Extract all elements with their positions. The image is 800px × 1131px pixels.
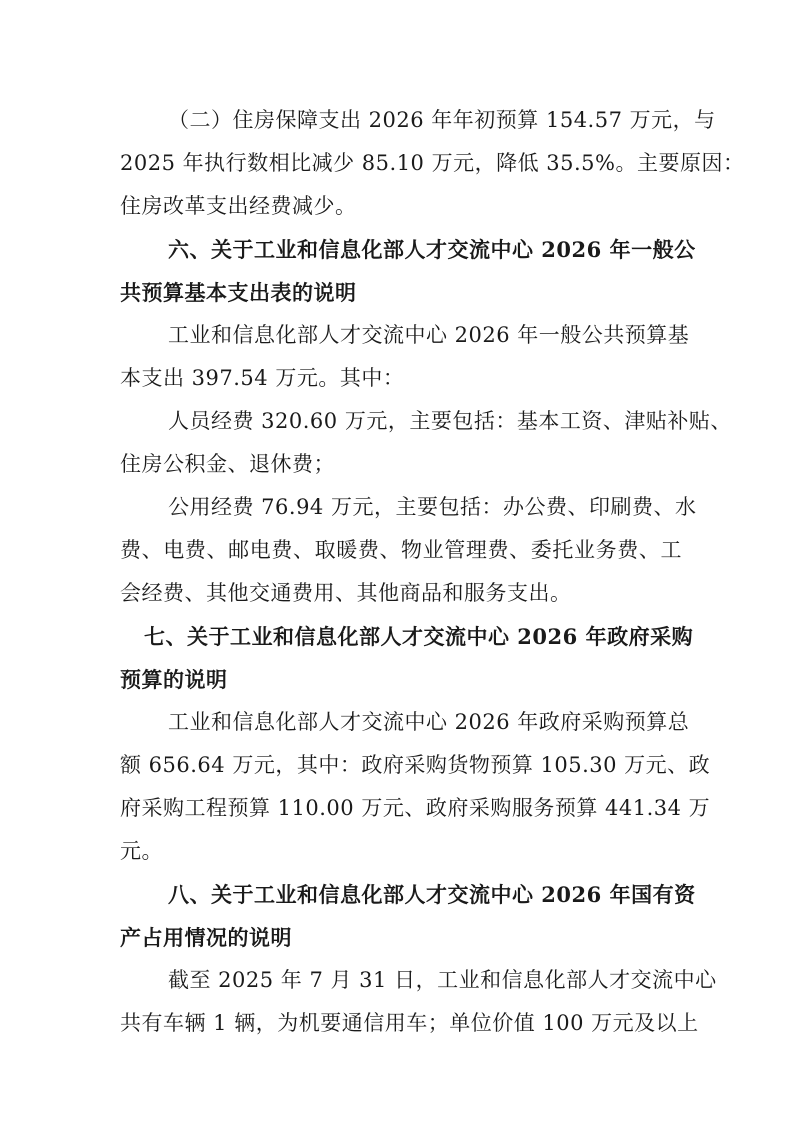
text-line: 住房改革支出经费减少。 bbox=[120, 185, 682, 228]
paragraph-public-expenses: 公用经费 76.94 万元，主要包括：办公费、印刷费、水 费、电费、邮电费、取暖… bbox=[120, 486, 682, 615]
paragraph-state-assets: 截至 2025 年 7 月 31 日，工业和信息化部人才交流中心 共有车辆 1 … bbox=[120, 959, 682, 1045]
section-8-heading: 八、关于工业和信息化部人才交流中心 2026 年国有资 产占用情况的说明 bbox=[120, 873, 682, 959]
text-line: 府采购工程预算 110.00 万元、政府采购服务预算 441.34 万 bbox=[120, 787, 682, 830]
heading-line: 七、关于工业和信息化部人才交流中心 2026 年政府采购 bbox=[120, 615, 682, 658]
text-line: 住房公积金、退休费； bbox=[120, 443, 682, 486]
text-line: 共有车辆 1 辆，为机要通信用车；单位价值 100 万元及以上 bbox=[120, 1002, 682, 1045]
document-page: （二）住房保障支出 2026 年年初预算 154.57 万元，与 2025 年执… bbox=[0, 0, 800, 1131]
text-line: 工业和信息化部人才交流中心 2026 年政府采购预算总 bbox=[120, 701, 682, 744]
document-body: （二）住房保障支出 2026 年年初预算 154.57 万元，与 2025 年执… bbox=[120, 99, 682, 1045]
section-6-heading: 六、关于工业和信息化部人才交流中心 2026 年一般公 共预算基本支出表的说明 bbox=[120, 228, 682, 314]
text-line: 会经费、其他交通费用、其他商品和服务支出。 bbox=[120, 572, 682, 615]
heading-line: 六、关于工业和信息化部人才交流中心 2026 年一般公 bbox=[120, 228, 682, 271]
heading-line: 八、关于工业和信息化部人才交流中心 2026 年国有资 bbox=[120, 873, 682, 916]
paragraph-basic-expenditure: 工业和信息化部人才交流中心 2026 年一般公共预算基 本支出 397.54 万… bbox=[120, 314, 682, 400]
text-line: 本支出 397.54 万元。其中： bbox=[120, 357, 682, 400]
text-line: 元。 bbox=[120, 830, 682, 873]
text-line: 人员经费 320.60 万元，主要包括：基本工资、津贴补贴、 bbox=[120, 400, 682, 443]
paragraph-housing-security: （二）住房保障支出 2026 年年初预算 154.57 万元，与 2025 年执… bbox=[120, 99, 682, 228]
text-line: 公用经费 76.94 万元，主要包括：办公费、印刷费、水 bbox=[120, 486, 682, 529]
text-line: （二）住房保障支出 2026 年年初预算 154.57 万元，与 bbox=[120, 99, 682, 142]
text-line: 2025 年执行数相比减少 85.10 万元，降低 35.5%。主要原因： bbox=[120, 142, 682, 185]
text-line: 工业和信息化部人才交流中心 2026 年一般公共预算基 bbox=[120, 314, 682, 357]
section-7-heading: 七、关于工业和信息化部人才交流中心 2026 年政府采购 预算的说明 bbox=[120, 615, 682, 701]
text-line: 截至 2025 年 7 月 31 日，工业和信息化部人才交流中心 bbox=[120, 959, 682, 1002]
text-line: 费、电费、邮电费、取暖费、物业管理费、委托业务费、工 bbox=[120, 529, 682, 572]
text-line: 额 656.64 万元，其中：政府采购货物预算 105.30 万元、政 bbox=[120, 744, 682, 787]
heading-line: 共预算基本支出表的说明 bbox=[120, 271, 682, 314]
paragraph-personnel-expenses: 人员经费 320.60 万元，主要包括：基本工资、津贴补贴、 住房公积金、退休费… bbox=[120, 400, 682, 486]
heading-line: 产占用情况的说明 bbox=[120, 916, 682, 959]
heading-line: 预算的说明 bbox=[120, 658, 682, 701]
paragraph-procurement: 工业和信息化部人才交流中心 2026 年政府采购预算总 额 656.64 万元，… bbox=[120, 701, 682, 873]
